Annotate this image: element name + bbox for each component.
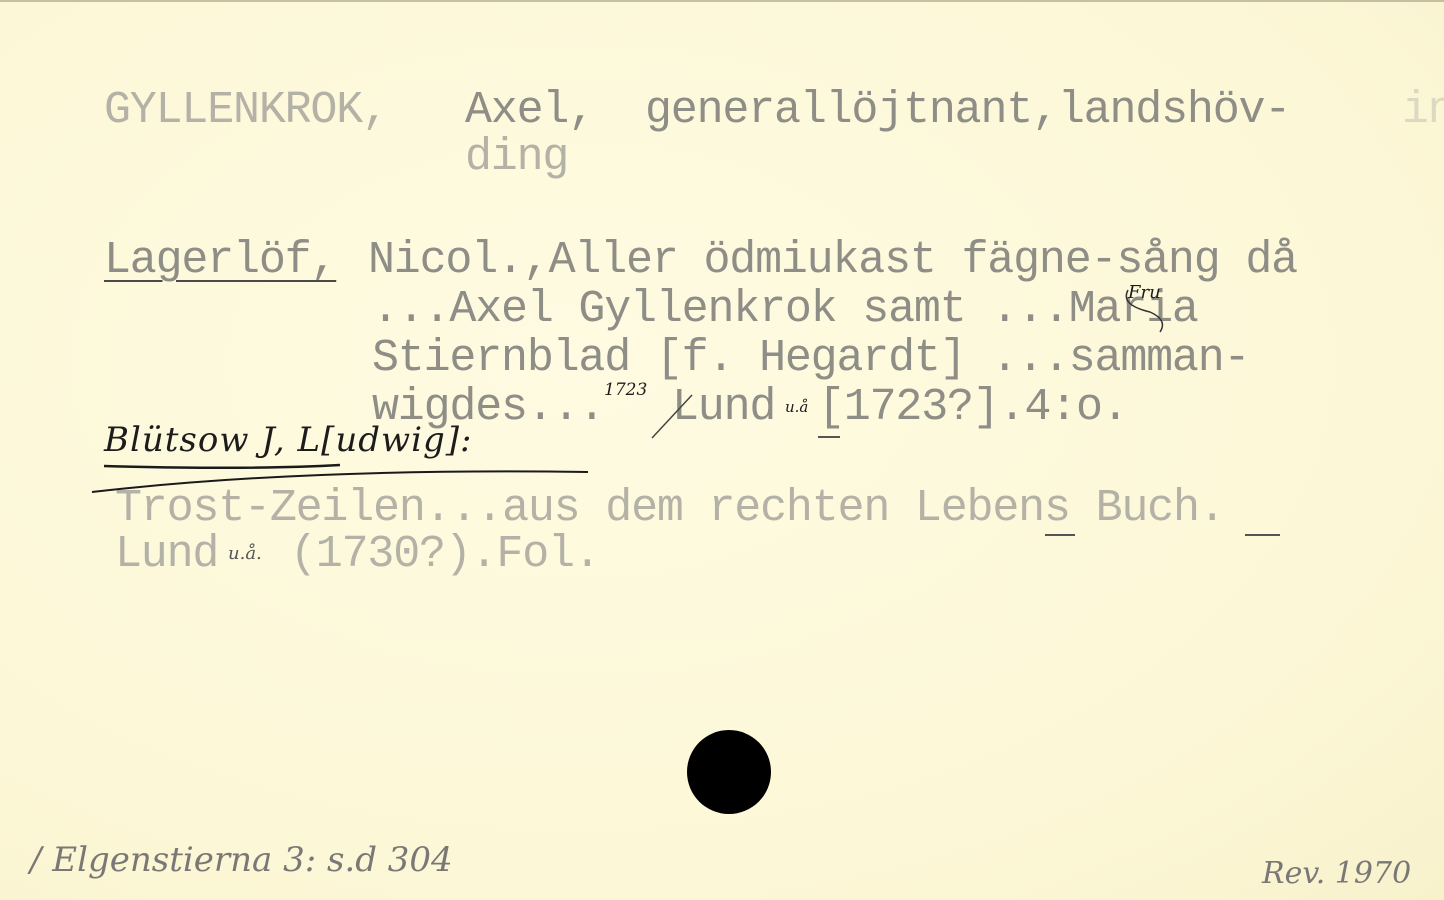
catalog-card: GYLLENKROK, Axel, generallöjtnant,landsh… [0, 0, 1444, 900]
handwritten-marks [0, 0, 1444, 900]
